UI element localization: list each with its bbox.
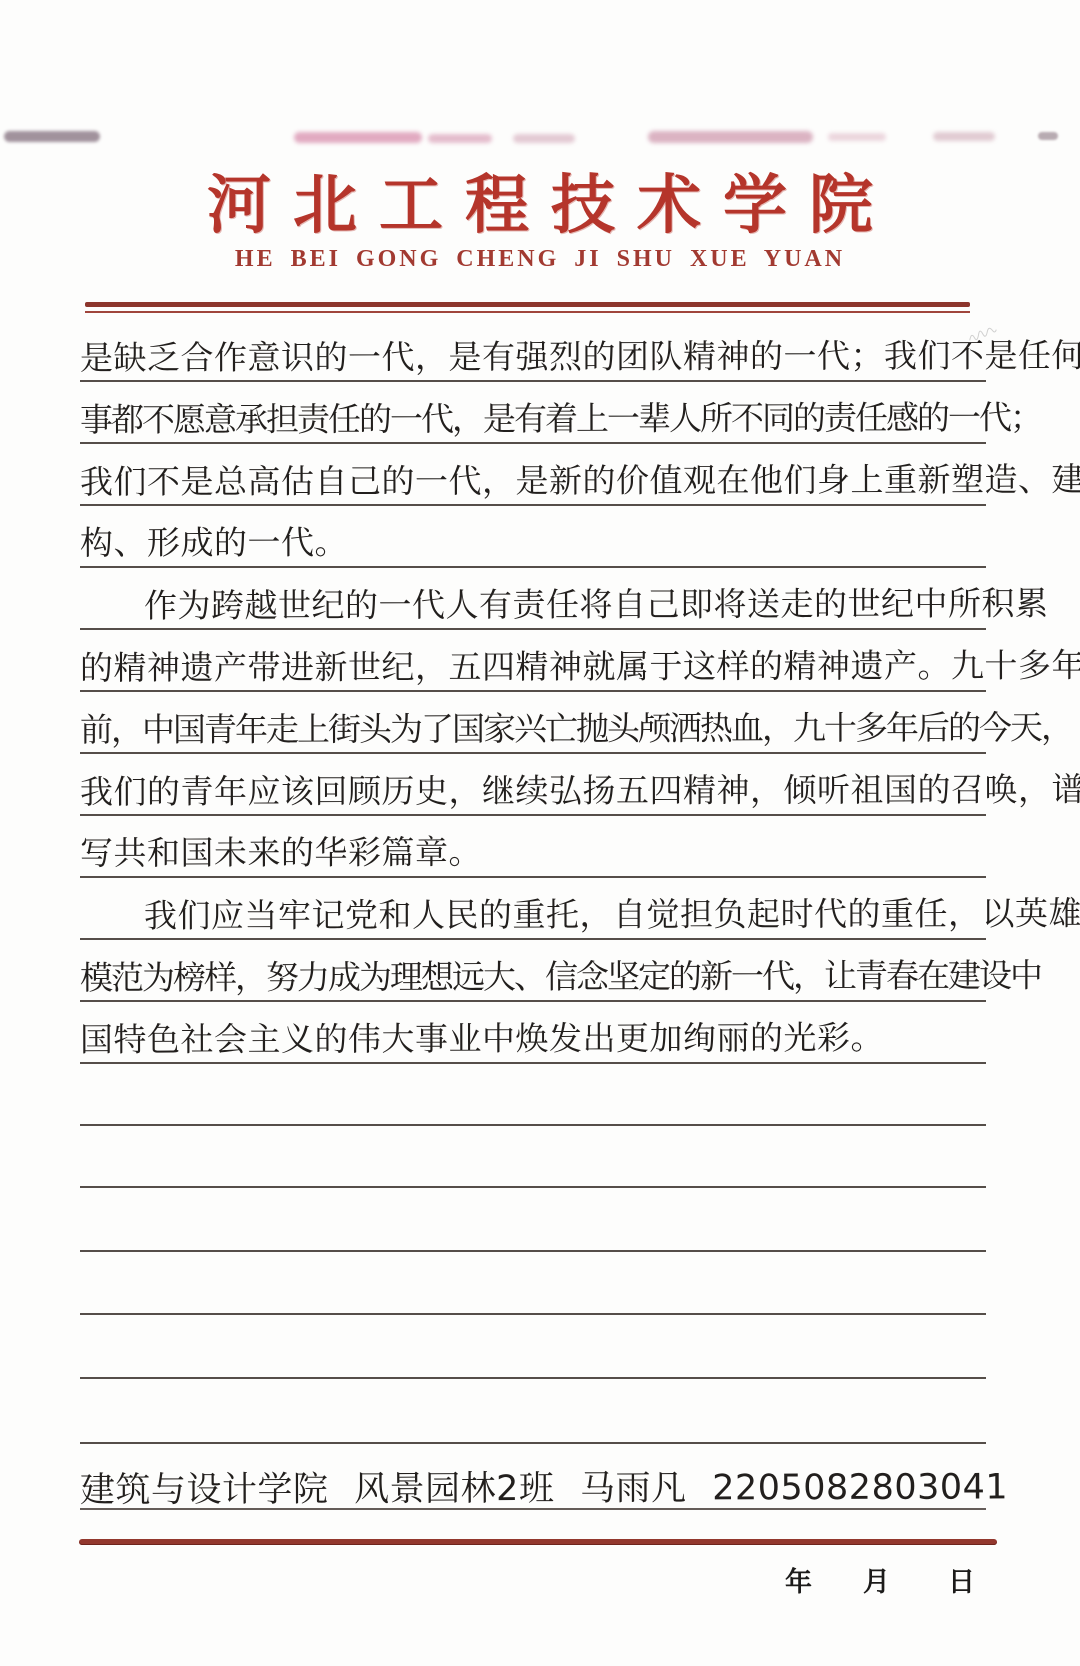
handwriting-text: 我们应当牢记党和人民的重托，自觉担负起时代的重任，以英雄 xyxy=(80,888,1080,940)
empty-ruled-line xyxy=(80,1315,986,1379)
scan-bleed-mark xyxy=(4,131,100,142)
handwriting-text: 是缺乏合作意识的一代，是有强烈的团队精神的一代；我们不是任何 xyxy=(80,330,1080,382)
handwritten-line: 国特色社会主义的伟大事业中焕发出更加绚丽的光彩。 xyxy=(80,1002,986,1064)
handwriting-text: 写共和国未来的华彩篇章。 xyxy=(80,826,482,876)
scan-bleed-mark xyxy=(933,132,995,141)
handwritten-line: 作为跨越世纪的一代人有责任将自己即将送走的世纪中所积累 xyxy=(80,568,986,630)
empty-ruled-line xyxy=(80,1252,986,1315)
scan-bleed-mark xyxy=(648,131,813,143)
scan-bleed-mark xyxy=(428,134,492,143)
scanned-document-page: 河北工程技术学院 HE BEI GONG CHENG JI SHU XUE YU… xyxy=(0,0,1080,1666)
handwriting-text: 国特色社会主义的伟大事业中焕发出更加绚丽的光彩。 xyxy=(80,1012,884,1063)
handwritten-line: 前，中国青年走上街头为了国家兴亡抛头颅洒热血，九十多年后的今天， xyxy=(80,692,986,754)
scan-bleed-mark xyxy=(1038,132,1058,140)
handwriting-text: 构、形成的一代。 xyxy=(80,517,348,567)
handwritten-line: 写共和国未来的华彩篇章。 xyxy=(80,816,986,878)
school-name-pinyin: HE BEI GONG CHENG JI SHU XUE YUAN xyxy=(0,246,1080,273)
handwritten-line: 的精神遗产带进新世纪，五四精神就属于这样的精神遗产。九十多年 xyxy=(80,630,986,692)
empty-ruled-line xyxy=(80,1126,986,1188)
handwriting-text: 作为跨越世纪的一代人有责任将自己即将送走的世纪中所积累 xyxy=(80,578,1049,630)
empty-ruled-line xyxy=(80,1379,986,1444)
handwriting-text: 的精神遗产带进新世纪，五四精神就属于这样的精神遗产。九十多年 xyxy=(80,640,1080,692)
handwritten-line: 是缺乏合作意识的一代，是有强烈的团队精神的一代；我们不是任何 xyxy=(80,320,986,382)
handwriting-text: 事都不愿意承担责任的一代，是有着上一辈人所不同的责任感的一代； xyxy=(80,392,1041,444)
scan-bleed-mark xyxy=(828,133,886,141)
signature-text: 建筑与设计学院 风景园林2班 马雨凡 2205082803041 xyxy=(80,1459,1008,1512)
scan-bleed-mark xyxy=(294,132,422,143)
day-label: 日 xyxy=(948,1560,975,1599)
handwritten-line: 模范为榜样，努力成为理想远大、信念坚定的新一代，让青春在建设中 xyxy=(80,940,986,1002)
handwriting-text: 前，中国青年走上街头为了国家兴亡抛头颅洒热血，九十多年后的今天， xyxy=(80,702,1072,754)
handwritten-line: 事都不愿意承担责任的一代，是有着上一辈人所不同的责任感的一代； xyxy=(80,382,986,444)
handwritten-line: 我们的青年应该回顾历史，继续弘扬五四精神，倾听祖国的召唤，谱 xyxy=(80,754,986,816)
handwriting-text: 我们不是总高估自己的一代，是新的价值观在他们身上重新塑造、建 xyxy=(80,454,1080,506)
letterhead-rule-thin xyxy=(85,311,970,313)
empty-ruled-line xyxy=(80,1064,986,1126)
year-label: 年 xyxy=(785,1560,812,1599)
scan-bleed-mark xyxy=(513,134,575,143)
empty-ruled-line xyxy=(80,1188,986,1252)
month-label: 月 xyxy=(863,1560,890,1599)
school-name-chinese: 河北工程技术学院 xyxy=(11,164,1080,248)
handwritten-line: 我们不是总高估自己的一代，是新的价值观在他们身上重新塑造、建 xyxy=(80,444,986,506)
ruled-writing-area: 是缺乏合作意识的一代，是有强烈的团队精神的一代；我们不是任何 事都不愿意承担责任… xyxy=(80,320,986,1510)
handwritten-line: 构、形成的一代。 xyxy=(80,506,986,568)
handwriting-text: 我们的青年应该回顾历史，继续弘扬五四精神，倾听祖国的召唤，谱 xyxy=(80,764,1080,816)
footer-rule xyxy=(79,1539,997,1545)
signature-line: 建筑与设计学院 风景园林2班 马雨凡 2205082803041 xyxy=(80,1444,986,1510)
handwriting-text: 模范为榜样，努力成为理想远大、信念坚定的新一代，让青春在建设中 xyxy=(80,950,1041,1002)
letterhead-rule-thick xyxy=(85,302,970,307)
handwritten-line: 我们应当牢记党和人民的重托，自觉担负起时代的重任，以英雄 xyxy=(80,878,986,940)
